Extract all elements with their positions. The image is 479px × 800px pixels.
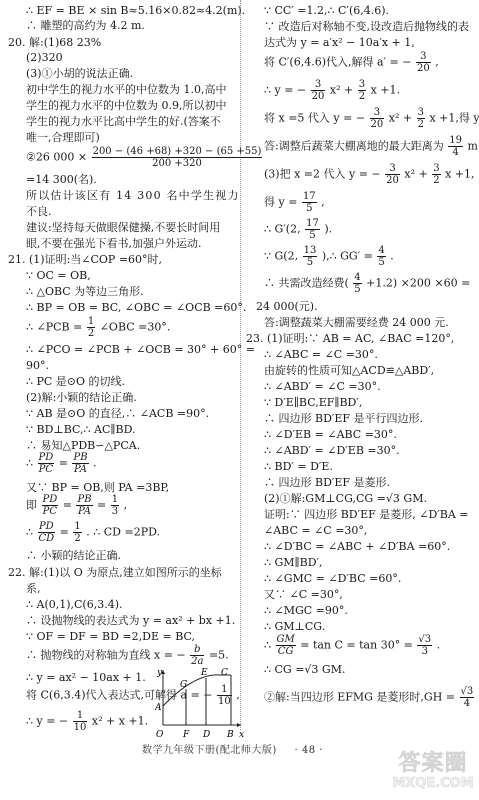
formula-line: (3)把 x =2 代入 y = − 320 x² + 32 x +1, xyxy=(246,163,475,186)
text-line: ∴ GM⊥CG. xyxy=(246,620,325,634)
text-line: 由旋转的性质可知△ACD≌△ABD′, xyxy=(246,364,434,378)
text-line: ∴ ∠ABC = ∠C =30°. xyxy=(246,348,378,362)
column-divider xyxy=(240,0,241,730)
text-line: ∴ BP = OB = BC, ∠OBC = ∠OCB =60°. xyxy=(8,301,246,315)
text-line: 证明:∵ 四边形 BD′EF 是菱形, ∠D′BA = xyxy=(246,508,469,522)
text-line: ∴ ∠MGC =90°. xyxy=(246,604,348,618)
text-line: (2)解:小颖的结论正确. xyxy=(8,391,137,405)
page-footer: 数学九年级下册(配北师大版) · 48 · xyxy=(142,741,323,756)
page-number: · 48 · xyxy=(295,745,323,756)
text-line: ∴ △OBC 为等边三角形. xyxy=(8,285,144,299)
formula-line: 即 PDPC = PBPA = 13 , xyxy=(8,494,127,517)
text-line: ∴ ∠GMC = ∠D′BC =60°. xyxy=(246,572,401,586)
text-line: 所以估计该区有 14 300 名中学生视力 xyxy=(8,189,240,203)
text-line: 不良. xyxy=(8,205,52,219)
svg-text:D: D xyxy=(202,730,210,740)
text-line: ∵ BD⊥BC,∴ AC∥BD. xyxy=(8,423,136,437)
text-line: 24 000(元). xyxy=(246,300,318,314)
text-line: ∴ EF = BE × sin B≈5.16×0.82≈4.2(m). xyxy=(8,4,245,18)
text-line: ∵ AB 是⊙O 的直径,∴ ∠ACB =90°. xyxy=(8,407,209,421)
text-line: ∵ CC′ =1.2,∴ C′(6,4.6). xyxy=(246,4,389,18)
text-line: ∴ 四边形 BD′EF 是平行四边形. xyxy=(246,412,423,426)
answer-page: ∴ EF = BE × sin B≈5.16×0.82≈4.2(m). ∴ 雕塑… xyxy=(0,0,479,800)
formula-line: ∴ ∠PCB = 1 2 ∠OBC =30°. xyxy=(8,316,170,339)
svg-text:G: G xyxy=(180,680,187,690)
text-line: 90°. xyxy=(26,359,49,373)
formula-line: ∴ PDPC = PBPA . xyxy=(8,452,97,475)
text-line: =14 300(名). xyxy=(8,173,97,187)
text-line: (2)①解:GM⊥CG,CG =√3 GM. xyxy=(246,492,427,506)
text-line: ∴ 小颖的结论正确. xyxy=(8,549,121,563)
text-line: 初中学生的视力水平的中位数为 1.0,高中 xyxy=(8,83,227,97)
text-line: ∴ 四边形 BD′EF 是菱形. xyxy=(246,476,390,490)
question-22-heading: 22. 解:(1)以 O 为原点,建立如图所示的坐标 xyxy=(8,566,222,580)
svg-text:E: E xyxy=(200,668,208,678)
x-axis-label: x xyxy=(239,730,244,740)
formula-line: ∴ GMCG = tan C = tan 30° = √33 . xyxy=(246,634,440,657)
formula-line: ∴ y = − 110 x² + x +1. xyxy=(8,710,148,733)
text-line: (2)320 xyxy=(8,51,63,65)
formula-line: ②解:当四边形 EFMG 是菱形时,GH = √34 . xyxy=(246,686,479,709)
text-line: ∴ ∠D′EB = ∠ABC =30°. xyxy=(246,428,397,442)
svg-text:F: F xyxy=(182,730,190,740)
text-line: ∴ ∠PCO = ∠PCB + ∠OCB = 30° + 60° = xyxy=(8,343,255,357)
text-line: ∴ BD′ = D′E. xyxy=(246,460,333,474)
text-line: ∴ ∠ABD′ = ∠D′EB =30°. xyxy=(246,444,400,458)
text-line: ∴ ∠D′BC = ∠ABC + ∠D′BA =60°. xyxy=(246,540,450,554)
text-line: ∴ GM∥BD′, xyxy=(246,556,323,570)
formula-line: 将 C′(6,4.6)代入,解得 a′ = − 320 , xyxy=(246,51,439,74)
question-20-heading: 20. 解:(1)68 23% xyxy=(8,36,101,50)
question-23-heading: 23. (1)证明:∵ AB = AC, ∠BAC =120°, xyxy=(246,332,454,346)
svg-text:O: O xyxy=(156,730,164,740)
text-line: ∵ OC = OB, xyxy=(8,269,91,283)
text-line: (3)①小胡的说法正确. xyxy=(8,67,133,81)
formula-line: ∵ G(2, 135 ),∴ GG′ = 45 . xyxy=(246,245,394,268)
text-line: ∵ 改造后对称轴不变,设改造后抛物线的表 xyxy=(246,20,469,34)
y-axis-label: y xyxy=(156,668,163,678)
text-line: ∴ CG =√3 GM. xyxy=(246,663,345,677)
formula-line: 得 y = 175 , xyxy=(246,191,325,214)
formula-line: ∴ 共需改造经费( 45 +1.2) ×200 ×60 = xyxy=(246,272,470,295)
text-line: 系, xyxy=(8,582,41,596)
text-line: ∴ y = ax² − 10ax + 1. xyxy=(8,671,146,685)
text-line: 唯一,合理即可) xyxy=(8,131,100,145)
question-21-heading: 21. (1)证明:当∠COP =60°时, xyxy=(8,253,162,267)
text-line: ∠ABC = ∠C =30°, xyxy=(246,524,367,538)
formula-line: 将 x =5 代入 y = − 320 x² + 32 x +1,得 y = 1… xyxy=(246,107,479,130)
formula-line: ②26 000 × 200 − (46 +68) +320 − (65 +55)… xyxy=(8,146,263,169)
text-line: 又∵ BP = OB,则 PA =3BP, xyxy=(8,481,169,495)
text-line: ∴ 雕塑的高约为 4.2 m. xyxy=(8,19,145,33)
text-line: ∴ 设抛物线的表达式为 y = ax² + bx +1. xyxy=(8,614,235,628)
book-title: 数学九年级下册(配北师大版) xyxy=(142,745,277,756)
formula-line: 答:调整后蔬菜大棚离地的最大距离为 194 m. xyxy=(246,135,479,158)
text-line: 学生的视力水平的中位数为 0.9,所以初中 xyxy=(8,99,227,113)
text-line: 学生的视力水平比高中学生的好.(答案不 xyxy=(8,115,221,129)
text-line: ∴ 易知△PDB∽△PCA. xyxy=(8,439,140,453)
text-line: 眼,不要在强光下看书,加强户外运动. xyxy=(8,237,202,251)
fraction: 1 2 xyxy=(87,316,95,339)
formula-line: ∴ 抛物线的对称轴为直线 x = − b2a =5. xyxy=(8,644,229,667)
fraction: 200 − (46 +68) +320 − (65 +55) 200 +320 xyxy=(92,146,263,169)
formula-line: ∴ G′(2, 175 ). xyxy=(246,218,332,241)
text-line: 建议:坚持每天做眼保健操,不要长时间用 xyxy=(8,221,220,235)
text-line: ∴ PC 是⊙O 的切线. xyxy=(8,375,125,389)
svg-text:A: A xyxy=(155,703,162,713)
text-line: 达式为 y = a′x² − 10a′x + 1, xyxy=(246,36,415,50)
text-line: ∴ ∠ABD′ = ∠C =30°. xyxy=(246,380,381,394)
text-line: ∵ D′E∥BC,EF∥BD′, xyxy=(246,396,362,410)
svg-text:C: C xyxy=(221,668,228,678)
formula-prefix: ②26 000 × xyxy=(26,151,87,164)
svg-text:B: B xyxy=(226,730,234,740)
parabola-figure: y x O A G E C F D B xyxy=(155,665,245,740)
text-line: ∴ A(0,1),C(6,3.4). xyxy=(8,598,123,612)
formula-line: ∴ y = − 320 x² + 32 x +1. xyxy=(246,79,400,102)
formula-line: ∴ PDCD = 12 . ∴ CD =2PD. xyxy=(8,521,160,544)
text-line: 答:调整蔬菜大棚需要经费 24 000 元. xyxy=(246,316,449,330)
text-line: ∵ OF = DF = BD =2,DE = BC, xyxy=(8,630,195,644)
watermark-logo: 答案圈 MXQE.COM xyxy=(388,752,478,792)
text-line: 又∵ ∠C =30°, xyxy=(246,588,343,602)
